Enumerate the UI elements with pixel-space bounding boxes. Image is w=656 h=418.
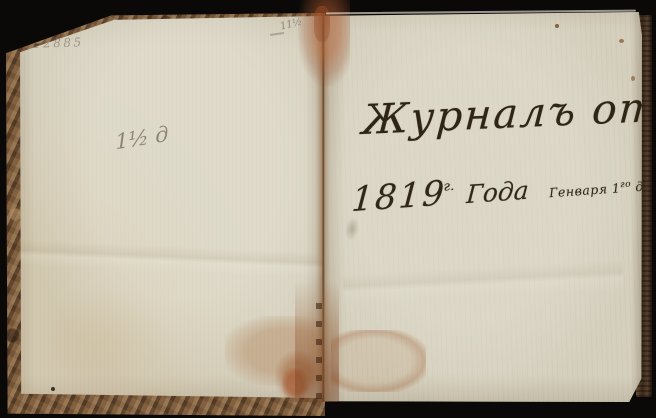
scanned-book-spread: 12885 11½ 1½ д Журналъ отъ 1819 г. Года … xyxy=(0,0,656,418)
journal-year-text: 1819 xyxy=(350,173,447,220)
journal-year-word: Года xyxy=(466,176,530,210)
left-page: 12885 11½ 1½ д xyxy=(20,16,323,398)
fox-spot xyxy=(555,24,559,28)
torn-paper-spine-bottom xyxy=(316,295,322,399)
pencil-dash-mark xyxy=(270,32,284,36)
journal-title-inscription: Журналъ отъ xyxy=(361,82,656,144)
fox-spot xyxy=(631,76,635,81)
journal-date-inscription: 1819 г. Года Генваря 1годня. xyxy=(350,158,656,220)
right-page: Журналъ отъ 1819 г. Года Генваря 1годня. xyxy=(323,12,642,402)
journal-date-superscript: го xyxy=(620,180,632,191)
journal-date-small-text: Генваря 1годня. xyxy=(549,177,656,200)
paper-crease xyxy=(20,239,324,278)
fox-spot xyxy=(619,39,624,43)
paper-crease xyxy=(342,260,623,305)
ink-speck xyxy=(51,387,55,391)
stain-yellowing-bottom-left xyxy=(30,286,170,396)
stain-bottom-near-fold-right xyxy=(331,330,426,392)
journal-year-superscript: г. xyxy=(443,179,455,195)
pencil-note: 1½ д xyxy=(115,122,169,155)
journal-date-prefix: Генваря 1 xyxy=(549,180,621,200)
